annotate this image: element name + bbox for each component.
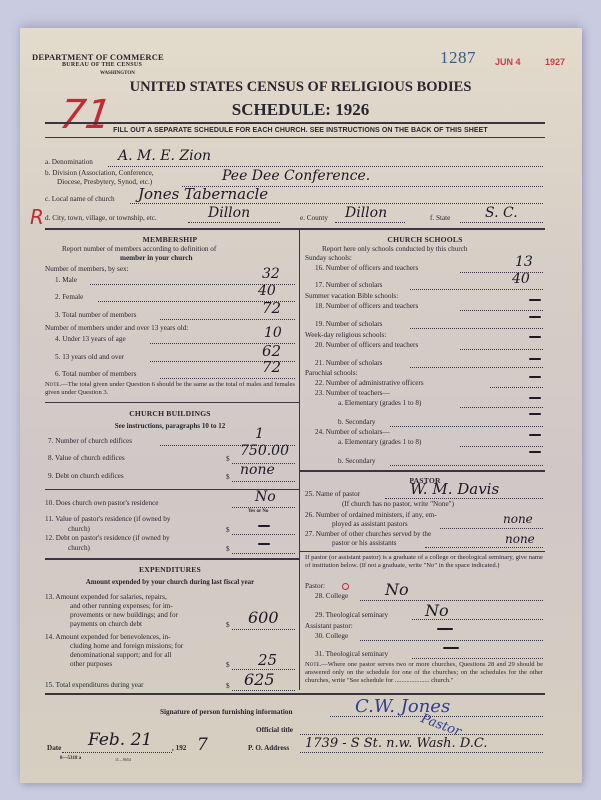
q24a-line bbox=[460, 446, 543, 447]
state-line bbox=[460, 222, 543, 223]
q31-label: 31. Theological seminary bbox=[315, 650, 388, 658]
residence-debt-line bbox=[232, 553, 295, 554]
schools-subheading: Report here only schools conducted by th… bbox=[322, 245, 468, 253]
note-lead: Note. bbox=[45, 381, 61, 388]
dollar-sign: $ bbox=[226, 682, 230, 690]
under-13-field[interactable]: 10 bbox=[264, 325, 282, 341]
q31-field[interactable] bbox=[443, 647, 459, 649]
q20-field[interactable] bbox=[529, 336, 541, 338]
q21-label: 21. Number of scholars bbox=[315, 359, 382, 367]
dollar-sign: $ bbox=[226, 545, 230, 553]
division-field[interactable]: Pee Dee Conference. bbox=[222, 168, 370, 184]
dollar-sign: $ bbox=[226, 621, 230, 629]
q16-field[interactable]: 13 bbox=[515, 254, 533, 270]
age-label: Number of members under and over 13 year… bbox=[45, 324, 188, 332]
q13-line bbox=[232, 629, 295, 630]
summer-schools-label: Summer vacation Bible schools: bbox=[305, 292, 398, 300]
q18-label: 18. Number of officers and teachers bbox=[315, 302, 418, 310]
q24b-line bbox=[390, 465, 543, 466]
denomination-label: a. Denomination bbox=[45, 158, 93, 166]
divider bbox=[45, 228, 545, 230]
signature-field[interactable]: C.W. Jones bbox=[355, 696, 450, 717]
stamp-year: 1927 bbox=[545, 57, 565, 67]
parochial-schools-label: Parochial schools: bbox=[305, 369, 358, 377]
note-text: —Where one pastor serves two or more chu… bbox=[305, 661, 543, 684]
q28-line bbox=[360, 600, 543, 601]
dollar-sign: $ bbox=[226, 526, 230, 534]
owns-residence-field[interactable]: No bbox=[255, 489, 276, 505]
q23b-line bbox=[390, 426, 543, 427]
address-field[interactable]: 1739 - S St. n.w. Wash. D.C. bbox=[305, 736, 488, 751]
q20-label: 20. Number of officers and teachers bbox=[315, 341, 418, 349]
q22-field[interactable] bbox=[529, 376, 541, 378]
q21-line bbox=[410, 367, 543, 368]
q29-field[interactable]: No bbox=[425, 601, 449, 620]
stamp-date: JUN 4 bbox=[495, 57, 521, 67]
form-number: 8—5318 a bbox=[60, 756, 81, 761]
department-label: DEPARTMENT OF COMMERCE bbox=[32, 52, 164, 62]
q29-label: 29. Theological seminary bbox=[315, 611, 388, 619]
year-field[interactable]: 7 bbox=[197, 735, 208, 755]
q15-field[interactable]: 625 bbox=[244, 670, 275, 689]
sunday-schools-label: Sunday schools: bbox=[305, 254, 352, 262]
q21-field[interactable] bbox=[529, 358, 541, 360]
q17-line bbox=[410, 289, 543, 290]
q13-field[interactable]: 600 bbox=[248, 608, 279, 627]
q25-hint: (If church has no pastor, write "None") bbox=[342, 500, 454, 508]
state-label: f. State bbox=[430, 214, 450, 222]
q27-label-2: pastor or his assistants bbox=[332, 539, 396, 547]
date-line bbox=[62, 752, 172, 753]
q27-label: 27. Number of other churches served by t… bbox=[305, 530, 431, 538]
q24a-label: a. Elementary (grades 1 to 8) bbox=[338, 438, 421, 446]
margin-mark: R bbox=[30, 205, 44, 229]
q17-field[interactable]: 40 bbox=[512, 271, 530, 287]
q25-field[interactable]: W. M. Davis bbox=[410, 480, 499, 498]
weekday-schools-label: Week-day religious schools: bbox=[305, 331, 386, 339]
q23b-field[interactable] bbox=[529, 413, 541, 415]
total-members-field[interactable]: 72 bbox=[262, 299, 281, 317]
q24b-field[interactable] bbox=[529, 451, 541, 453]
q28-field[interactable]: No bbox=[385, 580, 409, 599]
county-line bbox=[335, 222, 405, 223]
official-title-label: Official title bbox=[256, 726, 293, 734]
residence-debt-label-2: church) bbox=[68, 544, 90, 552]
expenditures-subheading: Amount expended by your church during la… bbox=[45, 578, 295, 586]
official-title-line bbox=[300, 734, 543, 735]
q30-label: 30. College bbox=[315, 632, 348, 640]
note-lead: Note. bbox=[305, 661, 321, 668]
edifice-debt-line bbox=[232, 481, 295, 482]
divider bbox=[45, 137, 545, 138]
q30-line bbox=[360, 640, 543, 641]
dollar-sign: $ bbox=[226, 661, 230, 669]
column-divider bbox=[299, 230, 300, 690]
edifices-label: 7. Number of church edifices bbox=[48, 437, 132, 445]
q24b-label: b. Secondary bbox=[338, 457, 376, 465]
total-members-2-field[interactable]: 72 bbox=[262, 358, 281, 376]
residence-value-label-2: church) bbox=[68, 525, 90, 533]
divider bbox=[299, 551, 545, 552]
pastor-note: Note.—Where one pastor serves two or mor… bbox=[305, 661, 543, 685]
stamp-number: 1287 bbox=[440, 48, 476, 68]
residence-value-label: 11. Value of pastor's residence (if owne… bbox=[45, 515, 170, 523]
residence-debt-label: 12. Debt on pastor's residence (if owned… bbox=[45, 534, 170, 542]
q13-label-3: provements or new buildings; and for bbox=[70, 611, 178, 619]
female-label: 2. Female bbox=[55, 293, 83, 301]
membership-subheading: Report number of members according to de… bbox=[62, 245, 216, 253]
by-sex-label: Number of members, by sex: bbox=[45, 265, 129, 273]
q27-line bbox=[425, 547, 543, 548]
bureau-label: BUREAU OF THE CENSUS bbox=[62, 62, 142, 68]
q19-line bbox=[410, 328, 543, 329]
division-label: b. Division (Association, Conference, bbox=[45, 169, 154, 177]
edifice-debt-field[interactable]: none bbox=[240, 462, 275, 478]
total-members-2-line bbox=[160, 378, 295, 379]
edifices-field[interactable]: 1 bbox=[255, 426, 264, 442]
q18-line bbox=[460, 310, 543, 311]
male-field[interactable]: 32 bbox=[262, 266, 280, 282]
q24a-field[interactable] bbox=[529, 434, 541, 436]
local-name-label: c. Local name of church bbox=[45, 195, 115, 203]
q26-label: 26. Number of ordained ministers, if any… bbox=[305, 511, 437, 519]
q23-label: 23. Number of teachers— bbox=[315, 389, 390, 397]
denomination-field[interactable]: A. M. E. Zion bbox=[118, 148, 211, 164]
yes-no-hint: Yes or No bbox=[248, 509, 268, 514]
divider bbox=[299, 470, 545, 472]
total-members-label: 3. Total number of members bbox=[55, 311, 136, 319]
divider bbox=[45, 558, 299, 560]
residence-value-field[interactable] bbox=[258, 525, 270, 527]
city-field[interactable]: Dillon bbox=[208, 205, 250, 221]
city-label: WASHINGTON bbox=[100, 71, 135, 76]
dollar-sign: $ bbox=[226, 473, 230, 481]
county-field[interactable]: Dillon bbox=[345, 205, 387, 221]
edifice-value-label: 8. Value of church edifices bbox=[48, 454, 125, 462]
q26-label-2: ployed as assistant pastors bbox=[332, 520, 408, 528]
q26-line bbox=[440, 528, 543, 529]
q27-field[interactable]: none bbox=[505, 532, 535, 546]
county-label: e. County bbox=[300, 214, 328, 222]
year-prefix: , 192 bbox=[172, 744, 186, 752]
q23b-label: b. Secondary bbox=[338, 418, 376, 426]
q14-label-3: denominational support; and for all bbox=[70, 651, 171, 659]
membership-heading: MEMBERSHIP bbox=[45, 235, 295, 244]
q19-field[interactable] bbox=[529, 316, 541, 318]
q14-label-2: cluding home and foreign missions; for bbox=[70, 642, 183, 650]
q20-line bbox=[460, 349, 543, 350]
residence-value-line bbox=[232, 534, 295, 535]
divider bbox=[45, 402, 299, 403]
q13-label: 13. Amount expended for salaries, repair… bbox=[45, 593, 167, 601]
address-label: P. O. Address bbox=[248, 744, 289, 752]
q16-line bbox=[460, 272, 543, 273]
expenditures-heading: EXPENDITURES bbox=[45, 565, 295, 574]
date-label: Date bbox=[47, 744, 61, 752]
residence-debt-field[interactable] bbox=[258, 543, 270, 545]
q22-label: 22. Number of administrative officers bbox=[315, 379, 424, 387]
male-label: 1. Male bbox=[55, 276, 77, 284]
q24-label: 24. Number of scholars— bbox=[315, 428, 390, 436]
owns-residence-label: 10. Does church own pastor's residence bbox=[45, 499, 158, 507]
over-13-label: 5. 13 years old and over bbox=[55, 353, 124, 361]
q23a-label: a. Elementary (grades 1 to 8) bbox=[338, 399, 421, 407]
denomination-line bbox=[108, 166, 543, 167]
under-13-label: 4. Under 13 years of age bbox=[55, 335, 126, 343]
membership-subheading-2: member in your church bbox=[120, 254, 192, 262]
assistant-pastor-label: Assistant pastor: bbox=[305, 622, 353, 630]
divider bbox=[45, 693, 545, 695]
membership-note: Note.—The total given under Question 6 s… bbox=[45, 381, 295, 397]
address-line bbox=[300, 752, 543, 753]
red-circle-mark bbox=[342, 583, 349, 590]
date-field[interactable]: Feb. 21 bbox=[88, 730, 152, 750]
total-members-line bbox=[160, 319, 295, 320]
city-line bbox=[188, 222, 280, 223]
q22-line bbox=[490, 387, 543, 388]
total-members-2-label: 6. Total number of members bbox=[55, 370, 136, 378]
state-field[interactable]: S. C. bbox=[485, 205, 518, 221]
schools-heading: CHURCH SCHOOLS bbox=[305, 235, 545, 244]
q28-label: 28. College bbox=[315, 592, 348, 600]
female-field[interactable]: 40 bbox=[258, 283, 276, 299]
q14-field[interactable]: 25 bbox=[258, 651, 277, 669]
q17-label: 17. Number of scholars bbox=[315, 281, 382, 289]
q18-field[interactable] bbox=[529, 299, 541, 301]
q14-label: 14. Amount expended for benevolences, in… bbox=[45, 633, 171, 641]
q15-line bbox=[232, 690, 295, 691]
owns-residence-line bbox=[232, 507, 295, 508]
q26-field[interactable]: none bbox=[503, 512, 533, 526]
edifice-value-field[interactable]: 750.00 bbox=[240, 443, 289, 459]
signature-label: Signature of person furnishing informati… bbox=[160, 708, 292, 716]
q25-label: 25. Name of pastor bbox=[305, 490, 360, 498]
divider bbox=[45, 122, 545, 124]
q23a-field[interactable] bbox=[529, 397, 541, 399]
note-text: —The total given under Question 6 should… bbox=[45, 381, 295, 396]
local-name-field[interactable]: Jones Tabernacle bbox=[138, 185, 268, 203]
dollar-sign: $ bbox=[226, 455, 230, 463]
q19-label: 19. Number of scholars bbox=[315, 320, 382, 328]
local-name-line bbox=[130, 203, 543, 204]
buildings-heading: CHURCH BUILDINGS bbox=[45, 409, 295, 418]
q13-label-2: and other running expenses; for im- bbox=[70, 602, 173, 610]
instruction-line: FILL OUT A SEPARATE SCHEDULE FOR EACH CH… bbox=[0, 127, 601, 134]
q15-label: 15. Total expenditures during year bbox=[45, 681, 144, 689]
city-label: d. City, town, village, or township, etc… bbox=[45, 214, 157, 222]
print-code: 11—9654 bbox=[115, 757, 131, 762]
q14-label-4: other purposes bbox=[70, 660, 112, 668]
q16-label: 16. Number of officers and teachers bbox=[315, 264, 418, 272]
q13-label-4: payments on church debt bbox=[70, 620, 142, 628]
graduate-note: If pastor (or assistant pastor) is a gra… bbox=[305, 554, 543, 570]
pastor-label: Pastor: bbox=[305, 582, 325, 590]
q30-field[interactable] bbox=[437, 628, 453, 630]
edifice-debt-label: 9. Debt on church edifices bbox=[48, 472, 124, 480]
q31-line bbox=[412, 658, 543, 659]
q23a-line bbox=[460, 407, 543, 408]
q25-line bbox=[385, 498, 543, 499]
